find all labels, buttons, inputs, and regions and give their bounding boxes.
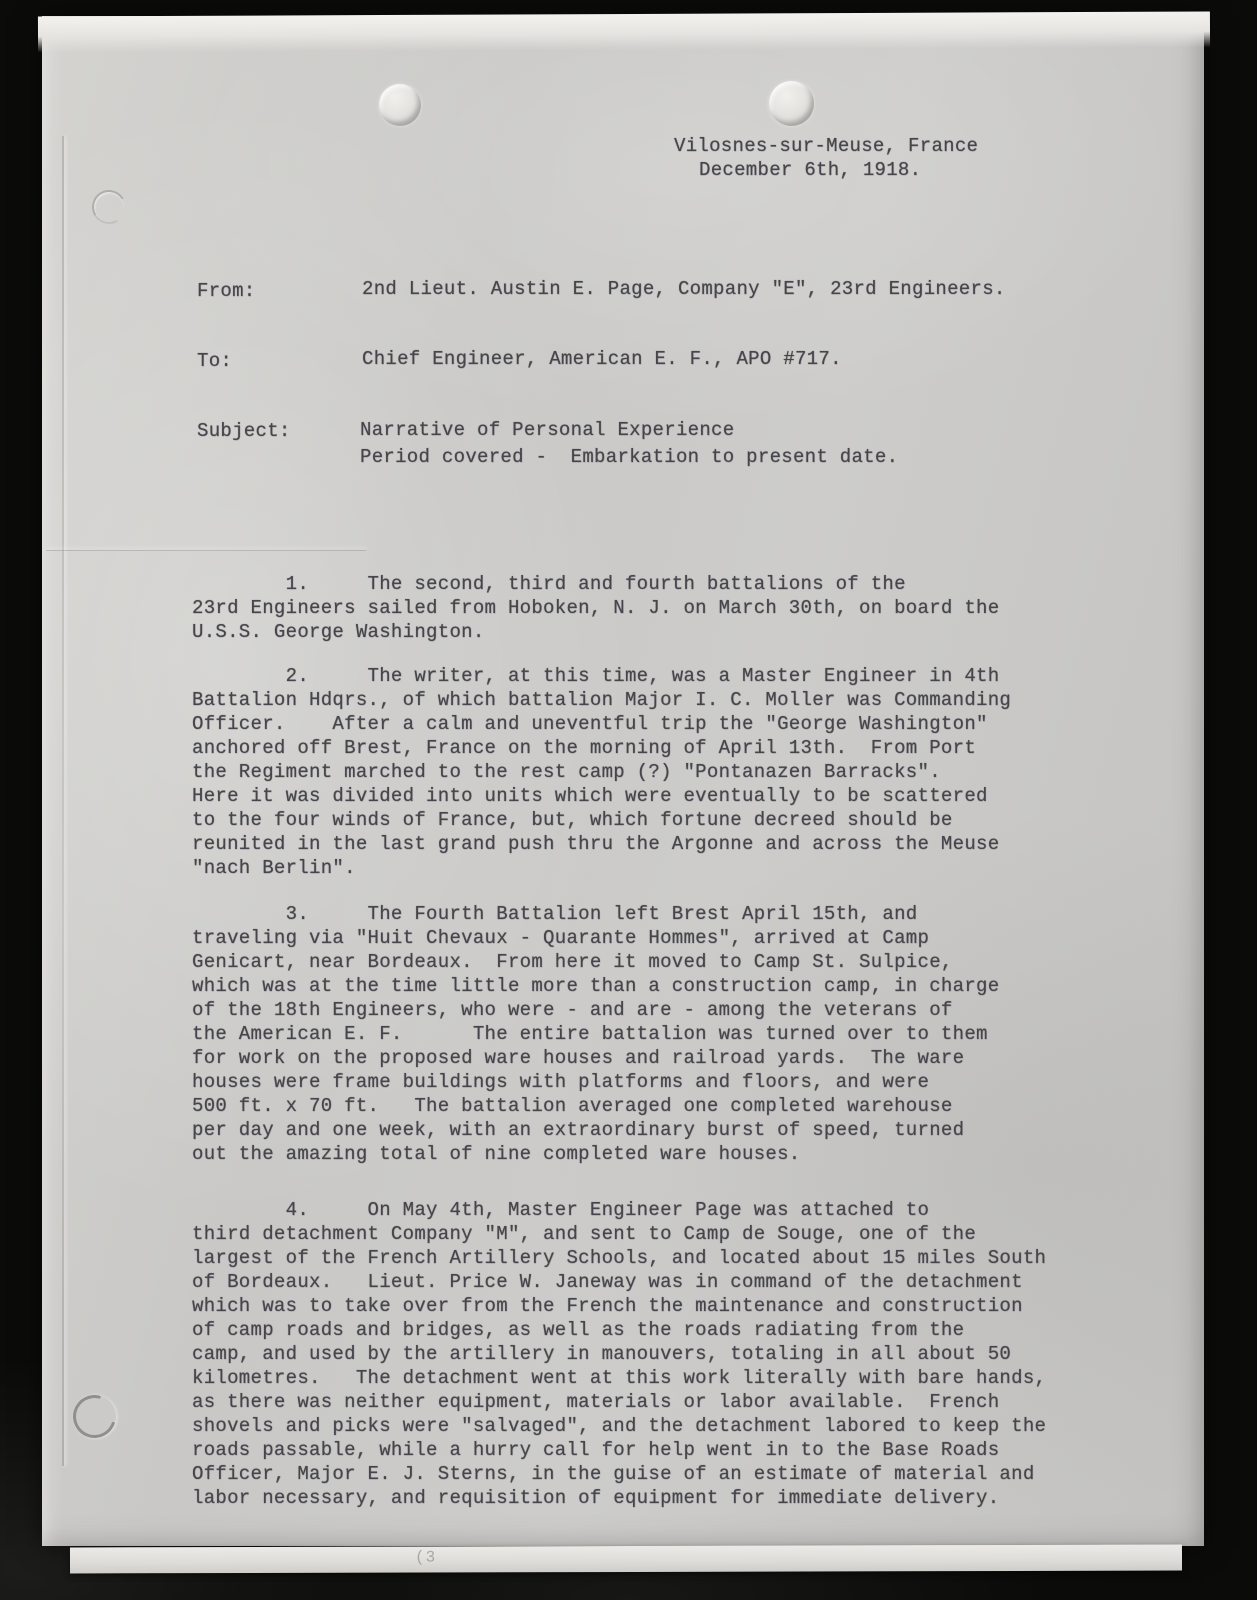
field-label-to: To: [197, 349, 232, 373]
under-page-edge: (3 [70, 1545, 1182, 1574]
paragraph-3: 3. The Fourth Battalion left Brest April… [192, 902, 999, 1166]
page-top-edge [38, 11, 1210, 52]
field-value-from: 2nd Lieut. Austin E. Page, Company "E", … [362, 277, 1006, 301]
punch-hole-ring-left-bottom [65, 1387, 123, 1445]
punch-hole-ring-left-middle [88, 186, 129, 227]
field-label-subject: Subject: [197, 419, 291, 443]
field-label-from: From: [197, 279, 256, 303]
paragraph-1: 1. The second, third and fourth battalio… [192, 572, 999, 644]
field-value-subject: Narrative of Personal Experience Period … [360, 417, 898, 471]
field-value-to: Chief Engineer, American E. F., APO #717… [362, 347, 842, 371]
punch-hole-top-right [769, 81, 814, 126]
document-page: Vilosnes-sur-Meuse, France December 6th,… [42, 16, 1204, 1546]
letterhead-date: December 6th, 1918. [699, 158, 921, 182]
paper-crease-vertical [62, 136, 64, 1466]
paragraph-4: 4. On May 4th, Master Engineer Page was … [192, 1198, 1046, 1510]
scan-background: Vilosnes-sur-Meuse, France December 6th,… [0, 0, 1257, 1600]
footer-faint-mark: (3 [415, 1548, 436, 1566]
letterhead-place: Vilosnes-sur-Meuse, France [674, 134, 978, 158]
punch-hole-top-left [379, 84, 421, 126]
paragraph-2: 2. The writer, at this time, was a Maste… [192, 664, 1011, 880]
paper-crease-horizontal [46, 550, 366, 551]
